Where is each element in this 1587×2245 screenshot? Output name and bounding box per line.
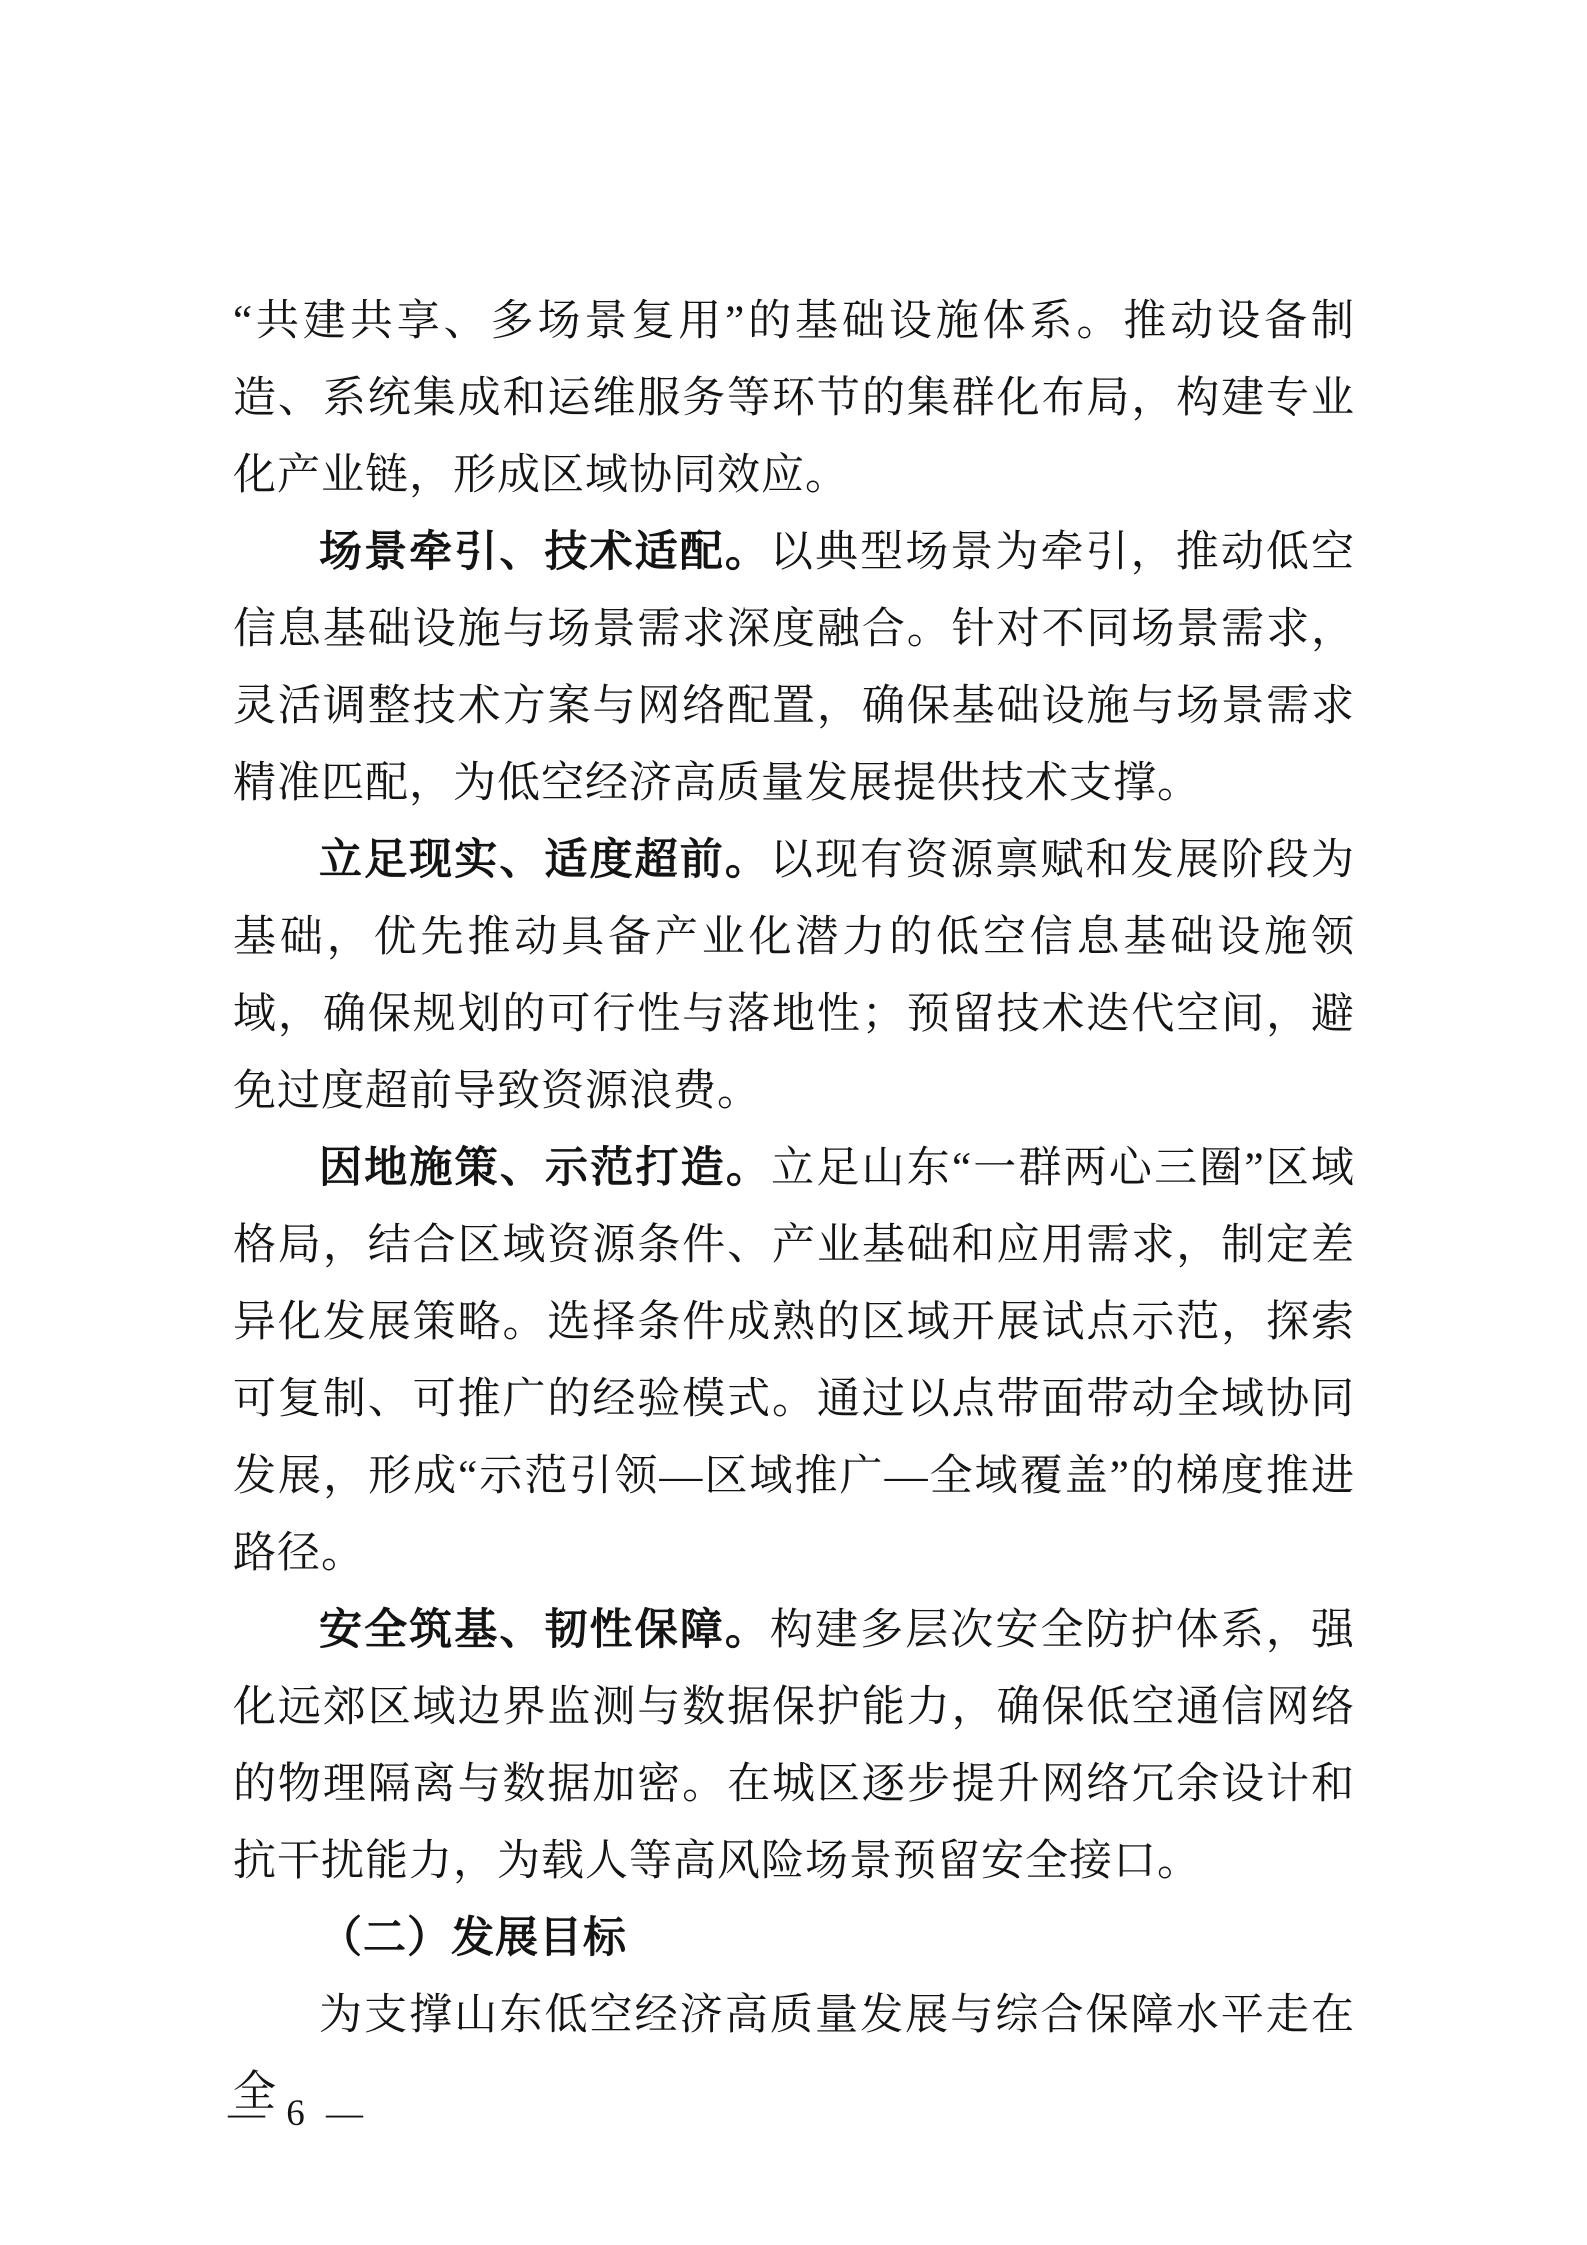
paragraph: 安全筑基、韧性保障。构建多层次安全防护体系，强化远郊区域边界监测与数据保护能力，…: [233, 1592, 1355, 1900]
paragraph-text: 立足山东“一群两心三圈”区域格局，结合区域资源条件、产业基础和应用需求，制定差异…: [233, 1145, 1355, 1577]
paragraph-closing: 为支撑山东低空经济高质量发展与综合保障水平走在全: [233, 1977, 1355, 2131]
paragraph-lead: 立足现实、适度超前。: [319, 836, 770, 884]
section-heading-text: （二）发展目标: [319, 1915, 627, 1962]
paragraph-lead: 场景牵引、技术适配。: [319, 528, 770, 576]
document-page: “共建共享、多场景复用”的基础设施体系。推动设备制造、系统集成和运维服务等环节的…: [0, 0, 1587, 2245]
paragraph-lead: 安全筑基、韧性保障。: [319, 1606, 770, 1654]
paragraph: 立足现实、适度超前。以现有资源禀赋和发展阶段为基础，优先推动具备产业化潜力的低空…: [233, 822, 1355, 1130]
paragraph-text: “共建共享、多场景复用”的基础设施体系。推动设备制造、系统集成和运维服务等环节的…: [233, 298, 1355, 499]
section-heading: （二）发展目标: [233, 1900, 1355, 1977]
paragraph-lead: 因地施策、示范打造。: [319, 1144, 771, 1192]
paragraph-text: 为支撑山东低空经济高质量发展与综合保障水平走在全: [233, 1992, 1355, 2116]
document-body: “共建共享、多场景复用”的基础设施体系。推动设备制造、系统集成和运维服务等环节的…: [233, 283, 1355, 2131]
paragraph: 因地施策、示范打造。立足山东“一群两心三圈”区域格局，结合区域资源条件、产业基础…: [233, 1130, 1355, 1592]
paragraph: 场景牵引、技术适配。以典型场景为牵引，推动低空信息基础设施与场景需求深度融合。针…: [233, 514, 1355, 822]
paragraph-continuation: “共建共享、多场景复用”的基础设施体系。推动设备制造、系统集成和运维服务等环节的…: [233, 283, 1355, 514]
page-number: — 6 —: [228, 2092, 369, 2135]
